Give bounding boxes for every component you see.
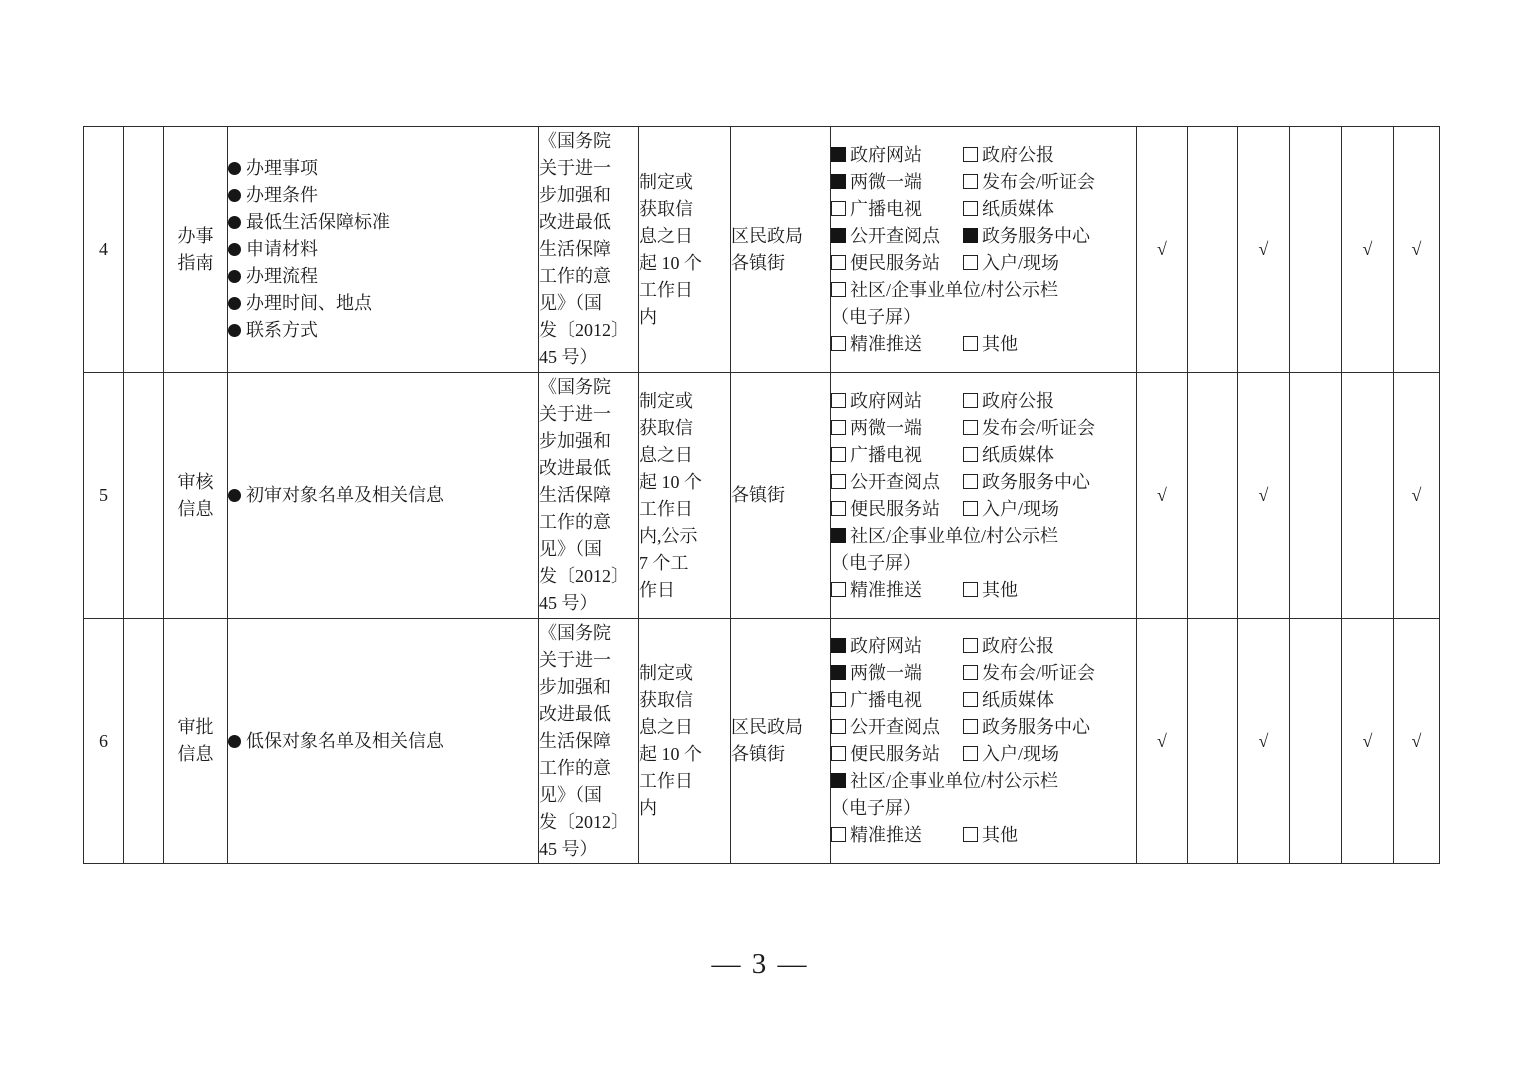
unchecked-box-icon [963,582,978,597]
bullet-icon [228,735,241,748]
channel-row: 公开查阅点政务服务中心 [831,714,1136,741]
group-cell [124,619,164,864]
table-body: 4办事 指南办理事项办理条件最低生活保障标准申请材料办理流程办理时间、地点联系方… [84,127,1440,864]
check-cell [1188,127,1238,373]
table-row: 5审核 信息初审对象名单及相关信息《国务院 关于进一 步加强和 改进最低 生活保… [84,373,1440,619]
channel-row: 精准推送其他 [831,331,1136,358]
timing-cell: 制定或 获取信 息之日 起 10 个 工作日 内 [639,619,731,864]
list-item: 办理流程 [228,263,538,290]
channels-cell: 政府网站政府公报两微一端发布会/听证会广播电视纸质媒体公开查阅点政务服务中心便民… [831,373,1137,619]
seq-number: 4 [99,239,108,259]
channel-item: 公开查阅点 [831,469,963,496]
check-cell: √ [1238,619,1290,864]
item-label: 初审对象名单及相关信息 [246,482,444,509]
unchecked-box-icon [831,447,846,462]
timing-cell: 制定或 获取信 息之日 起 10 个 工作日 内,公示 7 个工 作日 [639,373,731,619]
channel-item: 其他 [963,331,1136,358]
unchecked-box-icon [831,827,846,842]
unchecked-box-icon [831,201,846,216]
table-row: 4办事 指南办理事项办理条件最低生活保障标准申请材料办理流程办理时间、地点联系方… [84,127,1440,373]
legal-basis-cell: 《国务院 关于进一 步加强和 改进最低 生活保障 工作的意 见》（国 发〔201… [539,127,639,373]
channel-row: 广播电视纸质媒体 [831,687,1136,714]
channel-row: 两微一端发布会/听证会 [831,415,1136,442]
unchecked-box-icon [831,692,846,707]
channel-item: 社区/企事业单位/村公示栏（电子屏） [831,277,1136,331]
channel-item: 发布会/听证会 [963,415,1136,442]
channel-label: 精准推送 [850,825,922,845]
channel-label-continuation: （电子屏） [831,304,1136,331]
responsible-text: 各镇街 [731,482,830,509]
seq-number: 6 [99,731,108,751]
channel-label: 发布会/听证会 [982,172,1095,192]
bullet-icon [228,489,241,502]
category-label: 审核 信息 [178,469,214,523]
channel-item: 其他 [963,822,1136,849]
channel-label-continuation: （电子屏） [831,795,1136,822]
channel-item: 广播电视 [831,687,963,714]
channel-row: 广播电视纸质媒体 [831,196,1136,223]
check-cell: √ [1394,373,1440,619]
timing-text: 制定或 获取信 息之日 起 10 个 工作日 内 [639,169,730,331]
list-item: 申请材料 [228,236,538,263]
channel-label: 发布会/听证会 [982,418,1095,438]
channel-item: 纸质媒体 [963,442,1136,469]
unchecked-box-icon [831,336,846,351]
category-label: 审批 信息 [178,714,214,768]
unchecked-box-icon [963,665,978,680]
legal-basis-text: 《国务院 关于进一 步加强和 改进最低 生活保障 工作的意 见》（国 发〔201… [539,128,638,371]
channel-row: 政府网站政府公报 [831,142,1136,169]
channel-label: 公开查阅点 [850,472,940,492]
channel-item: 精准推送 [831,331,963,358]
list-item: 办理条件 [228,182,538,209]
seq-cell: 4 [84,127,124,373]
item-label: 办理条件 [246,182,318,209]
items-cell: 低保对象名单及相关信息 [228,619,539,864]
unchecked-box-icon [963,174,978,189]
seq-cell: 6 [84,619,124,864]
channel-item: 便民服务站 [831,741,963,768]
document-page: 4办事 指南办理事项办理条件最低生活保障标准申请材料办理流程办理时间、地点联系方… [0,0,1520,1074]
channel-item: 入户/现场 [963,496,1136,523]
channels-cell: 政府网站政府公报两微一端发布会/听证会广播电视纸质媒体公开查阅点政务服务中心便民… [831,619,1137,864]
channel-item: 社区/企事业单位/村公示栏（电子屏） [831,523,1136,577]
checkmark: √ [1363,731,1373,751]
unchecked-box-icon [963,638,978,653]
check-cell [1342,373,1394,619]
list-item: 初审对象名单及相关信息 [228,482,538,509]
list-item: 低保对象名单及相关信息 [228,728,538,755]
bullet-icon [228,297,241,310]
list-item: 联系方式 [228,317,538,344]
timing-cell: 制定或 获取信 息之日 起 10 个 工作日 内 [639,127,731,373]
channel-item: 发布会/听证会 [963,660,1136,687]
channel-label: 其他 [982,825,1018,845]
unchecked-box-icon [963,420,978,435]
unchecked-box-icon [963,501,978,516]
items-cell: 初审对象名单及相关信息 [228,373,539,619]
channel-label: 政府网站 [850,145,922,165]
channel-label: 精准推送 [850,334,922,354]
channel-item: 广播电视 [831,196,963,223]
responsible-text: 区民政局 各镇街 [731,714,830,768]
channel-item: 政府网站 [831,633,963,660]
channel-row: 政府网站政府公报 [831,633,1136,660]
checkmark: √ [1259,485,1269,505]
checked-box-icon [963,228,978,243]
unchecked-box-icon [963,746,978,761]
table-row: 6审批 信息低保对象名单及相关信息《国务院 关于进一 步加强和 改进最低 生活保… [84,619,1440,864]
channel-item: 社区/企事业单位/村公示栏（电子屏） [831,768,1136,822]
list-item: 办理时间、地点 [228,290,538,317]
channel-row: 精准推送其他 [831,577,1136,604]
channel-label: 广播电视 [850,690,922,710]
channel-item: 入户/现场 [963,250,1136,277]
bullet-icon [228,189,241,202]
items-cell: 办理事项办理条件最低生活保障标准申请材料办理流程办理时间、地点联系方式 [228,127,539,373]
unchecked-box-icon [831,420,846,435]
check-cell: √ [1137,127,1188,373]
channel-label: 其他 [982,334,1018,354]
checked-box-icon [831,528,846,543]
channel-item: 政务服务中心 [963,714,1136,741]
checkmark: √ [1157,239,1167,259]
check-cell: √ [1394,619,1440,864]
unchecked-box-icon [963,255,978,270]
channel-label: 入户/现场 [982,253,1059,273]
unchecked-box-icon [831,719,846,734]
channel-item: 纸质媒体 [963,196,1136,223]
category-cell: 审核 信息 [164,373,228,619]
legal-basis-cell: 《国务院 关于进一 步加强和 改进最低 生活保障 工作的意 见》（国 发〔201… [539,373,639,619]
check-cell: √ [1137,619,1188,864]
channel-row: 公开查阅点政务服务中心 [831,469,1136,496]
channel-item: 便民服务站 [831,250,963,277]
channel-row: 社区/企事业单位/村公示栏（电子屏） [831,523,1136,577]
channel-label: 便民服务站 [850,253,940,273]
channel-item: 公开查阅点 [831,223,963,250]
channel-label: 入户/现场 [982,499,1059,519]
channel-item: 发布会/听证会 [963,169,1136,196]
channel-label: 政府公报 [982,391,1054,411]
channel-label: 广播电视 [850,199,922,219]
item-label: 办理时间、地点 [246,290,372,317]
bullet-icon [228,243,241,256]
check-cell: √ [1238,373,1290,619]
checked-box-icon [831,773,846,788]
checked-box-icon [831,665,846,680]
channel-label: 纸质媒体 [982,199,1054,219]
check-cell: √ [1394,127,1440,373]
channel-row: 精准推送其他 [831,822,1136,849]
channel-label: 政府公报 [982,636,1054,656]
channel-item: 公开查阅点 [831,714,963,741]
channel-row: 两微一端发布会/听证会 [831,169,1136,196]
channel-item: 政府网站 [831,142,963,169]
item-label: 办理流程 [246,263,318,290]
unchecked-box-icon [831,474,846,489]
unchecked-box-icon [831,255,846,270]
checkmark: √ [1412,485,1422,505]
unchecked-box-icon [963,447,978,462]
unchecked-box-icon [963,201,978,216]
timing-text: 制定或 获取信 息之日 起 10 个 工作日 内,公示 7 个工 作日 [639,388,730,604]
unchecked-box-icon [831,282,846,297]
channel-item: 入户/现场 [963,741,1136,768]
group-cell [124,127,164,373]
checkmark: √ [1412,731,1422,751]
channel-label: 公开查阅点 [850,717,940,737]
channel-item: 广播电视 [831,442,963,469]
check-cell: √ [1238,127,1290,373]
channel-label: 两微一端 [850,663,922,683]
legal-basis-cell: 《国务院 关于进一 步加强和 改进最低 生活保障 工作的意 见》（国 发〔201… [539,619,639,864]
responsible-text: 区民政局 各镇街 [731,223,830,277]
unchecked-box-icon [963,336,978,351]
category-cell: 审批 信息 [164,619,228,864]
channel-row: 公开查阅点政务服务中心 [831,223,1136,250]
channel-item: 两微一端 [831,415,963,442]
check-cell: √ [1342,127,1394,373]
channel-label: 政府网站 [850,391,922,411]
channel-row: 政府网站政府公报 [831,388,1136,415]
channel-item: 精准推送 [831,577,963,604]
unchecked-box-icon [963,827,978,842]
check-cell [1290,619,1342,864]
channel-label: 精准推送 [850,580,922,600]
unchecked-box-icon [963,692,978,707]
channel-label: 政务服务中心 [982,226,1090,246]
channel-label: 社区/企事业单位/村公示栏 [850,526,1058,546]
unchecked-box-icon [831,582,846,597]
channel-item: 政府公报 [963,633,1136,660]
channel-label-continuation: （电子屏） [831,550,1136,577]
checkmark: √ [1412,239,1422,259]
disclosure-table: 4办事 指南办理事项办理条件最低生活保障标准申请材料办理流程办理时间、地点联系方… [83,126,1440,864]
channel-item: 政府公报 [963,388,1136,415]
check-cell [1188,619,1238,864]
list-item: 最低生活保障标准 [228,209,538,236]
channel-item: 政务服务中心 [963,469,1136,496]
check-cell [1188,373,1238,619]
channel-label: 政务服务中心 [982,717,1090,737]
channel-item: 精准推送 [831,822,963,849]
checkmark: √ [1363,239,1373,259]
unchecked-box-icon [831,393,846,408]
channel-label: 纸质媒体 [982,690,1054,710]
checkmark: √ [1259,239,1269,259]
bullet-icon [228,324,241,337]
list-item: 办理事项 [228,155,538,182]
item-label: 最低生活保障标准 [246,209,390,236]
checked-box-icon [831,174,846,189]
responsible-cell: 区民政局 各镇街 [731,619,831,864]
seq-number: 5 [99,485,108,505]
channel-label: 政务服务中心 [982,472,1090,492]
channel-item: 两微一端 [831,169,963,196]
item-label: 办理事项 [246,155,318,182]
channel-row: 两微一端发布会/听证会 [831,660,1136,687]
unchecked-box-icon [963,719,978,734]
check-cell [1290,127,1342,373]
category-cell: 办事 指南 [164,127,228,373]
unchecked-box-icon [963,147,978,162]
bullet-icon [228,162,241,175]
page-number: — 3 — [0,948,1520,981]
seq-cell: 5 [84,373,124,619]
bullet-icon [228,270,241,283]
check-cell [1290,373,1342,619]
responsible-cell: 区民政局 各镇街 [731,127,831,373]
channel-label: 社区/企事业单位/村公示栏 [850,771,1058,791]
item-label: 低保对象名单及相关信息 [246,728,444,755]
responsible-cell: 各镇街 [731,373,831,619]
checked-box-icon [831,228,846,243]
item-label: 申请材料 [246,236,318,263]
legal-basis-text: 《国务院 关于进一 步加强和 改进最低 生活保障 工作的意 见》（国 发〔201… [539,374,638,617]
check-cell: √ [1137,373,1188,619]
channel-label: 入户/现场 [982,744,1059,764]
channels-cell: 政府网站政府公报两微一端发布会/听证会广播电视纸质媒体公开查阅点政务服务中心便民… [831,127,1137,373]
legal-basis-text: 《国务院 关于进一 步加强和 改进最低 生活保障 工作的意 见》（国 发〔201… [539,620,638,863]
unchecked-box-icon [831,746,846,761]
channel-label: 广播电视 [850,445,922,465]
channel-label: 两微一端 [850,418,922,438]
unchecked-box-icon [963,393,978,408]
unchecked-box-icon [831,501,846,516]
channel-label: 便民服务站 [850,499,940,519]
check-cell: √ [1342,619,1394,864]
channel-item: 政务服务中心 [963,223,1136,250]
channel-row: 便民服务站入户/现场 [831,496,1136,523]
channel-item: 政府网站 [831,388,963,415]
channel-item: 两微一端 [831,660,963,687]
category-label: 办事 指南 [178,223,214,277]
channel-row: 广播电视纸质媒体 [831,442,1136,469]
unchecked-box-icon [963,474,978,489]
channel-item: 便民服务站 [831,496,963,523]
channel-item: 纸质媒体 [963,687,1136,714]
checkmark: √ [1157,731,1167,751]
channel-label: 其他 [982,580,1018,600]
channel-label: 政府网站 [850,636,922,656]
checked-box-icon [831,147,846,162]
channel-item: 其他 [963,577,1136,604]
checkmark: √ [1259,731,1269,751]
timing-text: 制定或 获取信 息之日 起 10 个 工作日 内 [639,660,730,822]
checked-box-icon [831,638,846,653]
channel-row: 便民服务站入户/现场 [831,741,1136,768]
channel-label: 便民服务站 [850,744,940,764]
channel-item: 政府公报 [963,142,1136,169]
group-cell [124,373,164,619]
channel-label: 发布会/听证会 [982,663,1095,683]
channel-label: 政府公报 [982,145,1054,165]
channel-label: 两微一端 [850,172,922,192]
item-label: 联系方式 [246,317,318,344]
channel-label: 公开查阅点 [850,226,940,246]
channel-row: 社区/企事业单位/村公示栏（电子屏） [831,768,1136,822]
bullet-icon [228,216,241,229]
channel-label: 社区/企事业单位/村公示栏 [850,280,1058,300]
channel-row: 社区/企事业单位/村公示栏（电子屏） [831,277,1136,331]
checkmark: √ [1157,485,1167,505]
channel-label: 纸质媒体 [982,445,1054,465]
channel-row: 便民服务站入户/现场 [831,250,1136,277]
